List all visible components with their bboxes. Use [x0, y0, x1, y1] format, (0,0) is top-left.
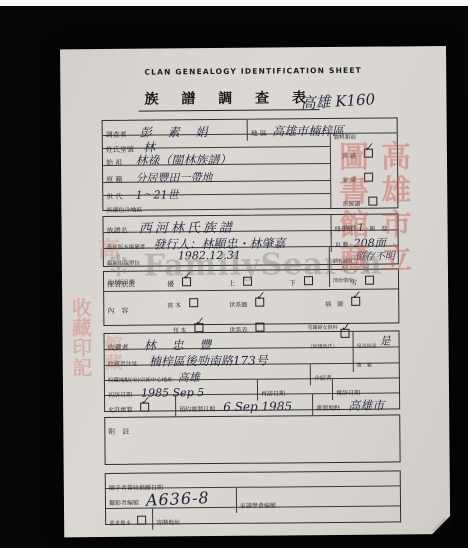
details-left-column: 姓氏堂號 林 始 祖 林祿（閩林族譜） 原 籍 分居豐田一帶地: [103, 134, 331, 210]
field-notes: 附 註: [105, 415, 399, 439]
content-pedigree-chart: 世系圖 ✓: [229, 291, 307, 311]
row-photographer: 攝影者編號 A636-8 家譜學會編號: [106, 486, 400, 509]
content-manuscript: 寫 本: [167, 292, 229, 312]
content-illustrations-label: 插 圖: [325, 301, 343, 308]
catalog-number-handwritten: 高雄 K160: [300, 85, 431, 114]
page-curl-corner: [431, 515, 451, 535]
field-mailing-address: 寄贈地址: [152, 506, 400, 529]
contents-label: 內 容: [107, 307, 128, 315]
field-copy-date: 預約複製日期 6 Sep 1985: [175, 394, 312, 416]
row-contents: 內 容 寫 本 刊 本 ✓: [104, 289, 398, 325]
copy-place-value: 高雄市: [348, 399, 384, 413]
field-coverage: 族譜包含地區: [103, 196, 145, 217]
check-mark: ✓: [254, 289, 265, 303]
scan-top-strip: [0, 0, 468, 6]
field-copy-place: 複製地點 高雄市: [312, 393, 399, 415]
field-copy-permission: 允許複製 ✓: [105, 395, 175, 417]
mailing-address-label: 寄贈地址: [156, 519, 180, 526]
row-ancestor: 始 祖 林祿（閩林族譜）: [103, 147, 330, 166]
check-mark: ✓: [350, 288, 361, 302]
clan-genealogy-checkbox: ✓: [364, 149, 373, 158]
copy-permission-label: 允許複製: [108, 407, 132, 414]
coverage-label: 族譜包含地區: [106, 207, 142, 214]
printed-checkbox: ✓: [194, 323, 203, 332]
notes-label: 附 註: [108, 428, 129, 436]
contents-label-cell: 內 容: [104, 291, 164, 318]
manuscript-checkbox: [189, 298, 198, 307]
familysearch-watermark: ⁜ FamilySearch: [106, 246, 446, 284]
check-mark: ✓: [363, 140, 374, 154]
photographer-number-label: 攝影者編號: [109, 500, 139, 507]
category-option-clan: 族 譜 ✓: [342, 143, 394, 162]
genealogy-sheet: CLAN GENEALOGY IDENTIFICATION SHEET 族 譜 …: [60, 46, 450, 537]
content-manuscript-label: 寫 本: [167, 302, 181, 309]
content-pedigree-chart-label: 世系圖: [229, 302, 247, 309]
field-category: 資料類別 族 譜 ✓ 家 譜 系統譜 其 他: [330, 133, 398, 208]
identification-table: 調查者 彭 素 娟 地 區 高雄市楠梓區 姓氏堂號 林: [102, 117, 399, 211]
english-header: CLAN GENEALOGY IDENTIFICATION SHEET: [60, 65, 446, 77]
illustrations-checkbox: ✓: [351, 297, 360, 306]
row-copy-permission: 允許複製 ✓ 預約複製日期 6 Sep 1985 複製地點 高雄市: [105, 393, 399, 411]
field-photographer-number: 攝影者編號 A636-8: [106, 488, 236, 510]
category-lineage-label: 系統譜: [342, 201, 360, 208]
pedigree-table-checkbox: [256, 323, 265, 332]
copy-request-label: 要求複本: [109, 521, 131, 527]
notes-table: 附 註: [104, 414, 400, 465]
copy-permission-checkbox: ✓: [140, 403, 149, 412]
category-clan-label: 族 譜: [342, 153, 356, 160]
family-genealogy-checkbox: [364, 173, 373, 182]
row-coverage: 族譜包含地區: [103, 194, 330, 210]
microfilm-scan: CLAN GENEALOGY IDENTIFICATION SHEET 族 譜 …: [0, 0, 468, 548]
content-illustrations: 插 圖 ✓: [325, 290, 395, 310]
lineage-chart-checkbox: [368, 197, 377, 206]
check-mark: ✓: [194, 315, 205, 329]
processing-table: 贈予者簽收捐贈日期 攝影者編號 A636-8 家譜學會編號 要求複本: [105, 470, 401, 525]
check-mark: ✓: [139, 394, 150, 408]
page-title: 族 譜 調 查 表: [138, 87, 319, 112]
copy-place-label: 複製地點: [316, 405, 340, 412]
copy-date-value: 6 Sep 1985: [223, 399, 292, 414]
field-copy-request: 要求複本: [106, 509, 152, 530]
left-margin-seal-stamp: 收藏印記: [66, 297, 96, 392]
copy-date-label: 預約複製日期: [179, 406, 215, 413]
copy-request-checkbox: [137, 516, 146, 525]
category-option-lineage: 系統譜: [342, 191, 394, 210]
category-family-label: 家 譜: [342, 177, 356, 184]
photographer-number-value: A636-8: [146, 488, 210, 510]
category-option-family: 家 譜: [342, 167, 394, 186]
row-details: 姓氏堂號 林 始 祖 林祿（閩林族譜） 原 籍 分居豐田一帶地: [103, 133, 398, 210]
pedigree-chart-checkbox: ✓: [255, 298, 264, 307]
holder-table: 收藏者 林 忠 豐 是否同意 複 製 是 收藏者住址 楠梓區後勁南路173号: [103, 330, 400, 412]
